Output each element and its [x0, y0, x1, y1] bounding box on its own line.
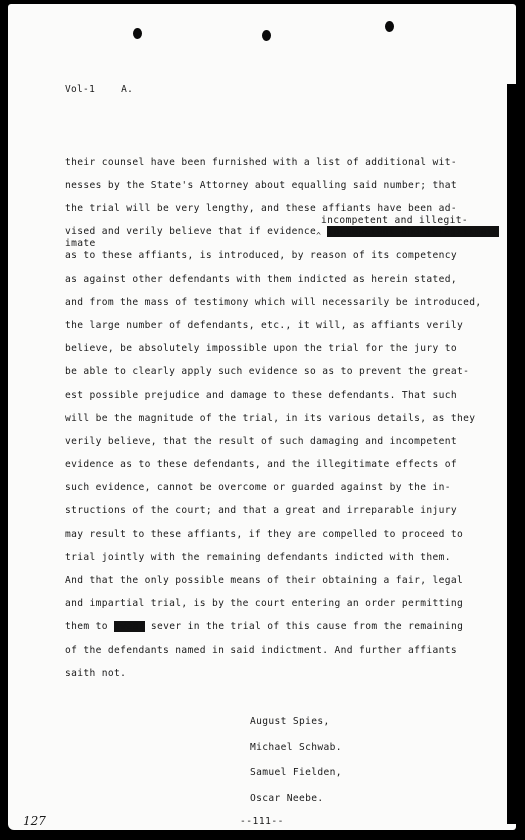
text-line: verily believe, that the result of such … — [65, 435, 516, 458]
text-line: And that the only possible means of thei… — [65, 574, 516, 597]
text-line: the large number of defendants, etc., it… — [65, 319, 516, 342]
document-header: Vol-1 A. — [65, 84, 153, 95]
text-line: vised and verily believe that if evidenc… — [65, 225, 516, 237]
text-line: will be the magnitude of the trial, in i… — [65, 412, 516, 435]
signature-schwab: Michael Schwab. — [250, 742, 342, 768]
handwritten-page-number: 127 — [23, 814, 46, 828]
text-line: saith not. — [65, 667, 516, 690]
text-line: and from the mass of testimony which wil… — [65, 296, 516, 319]
text-line: their counsel have been furnished with a… — [65, 156, 516, 179]
text-line: the trial will be very lengthy, and thes… — [65, 202, 516, 214]
punch-hole — [133, 28, 142, 39]
caret-mark: ^ — [316, 231, 321, 240]
punch-hole — [385, 21, 394, 32]
text-line: of the defendants named in said indictme… — [65, 644, 516, 667]
text-line: as against other defendants with them in… — [65, 273, 516, 296]
signature-fielden: Samuel Fielden, — [250, 767, 342, 793]
text-line: believe, be absolutely impossible upon t… — [65, 342, 516, 365]
signature-block: August Spies, Michael Schwab. Samuel Fie… — [250, 716, 342, 818]
text-line: such evidence, cannot be overcome or gua… — [65, 481, 516, 504]
text-fragment: vised and verily believe that if evidenc… — [65, 226, 316, 237]
text-line: evidence as to these defendants, and the… — [65, 458, 516, 481]
struck-text: incompetent and illegitimate — [327, 226, 499, 237]
signature-spies: August Spies, — [250, 716, 342, 742]
text-line: structions of the court; and that a grea… — [65, 504, 516, 527]
page-number: --111-- — [240, 816, 284, 827]
struck-text: swear — [114, 621, 145, 632]
punch-hole — [262, 30, 271, 41]
text-line: them to swear sever in the trial of this… — [65, 620, 516, 643]
text-line: imate — [65, 237, 516, 249]
affidavit-body: their counsel have been furnished with a… — [65, 156, 516, 690]
interlinear-insert: incompetent and illegit- — [65, 214, 516, 225]
section-label: A. — [121, 84, 133, 95]
text-line: may result to these affiants, if they ar… — [65, 528, 516, 551]
text-line: nesses by the State's Attorney about equ… — [65, 179, 516, 202]
document-page: Vol-1 A. their counsel have been furnish… — [8, 4, 516, 830]
text-line: trial jointly with the remaining defenda… — [65, 551, 516, 574]
text-fragment: sever in the trial of this cause from th… — [151, 621, 463, 632]
text-line: and impartial trial, is by the court ent… — [65, 597, 516, 620]
text-line: as to these affiants, is introduced, by … — [65, 249, 516, 272]
signature-neebe: Oscar Neebe. — [250, 793, 342, 819]
volume-label: Vol-1 — [65, 84, 95, 95]
text-line: est possible prejudice and damage to the… — [65, 389, 516, 412]
scan-edge-shadow — [507, 84, 516, 824]
text-fragment: them to — [65, 621, 108, 632]
text-line: be able to clearly apply such evidence s… — [65, 365, 516, 388]
